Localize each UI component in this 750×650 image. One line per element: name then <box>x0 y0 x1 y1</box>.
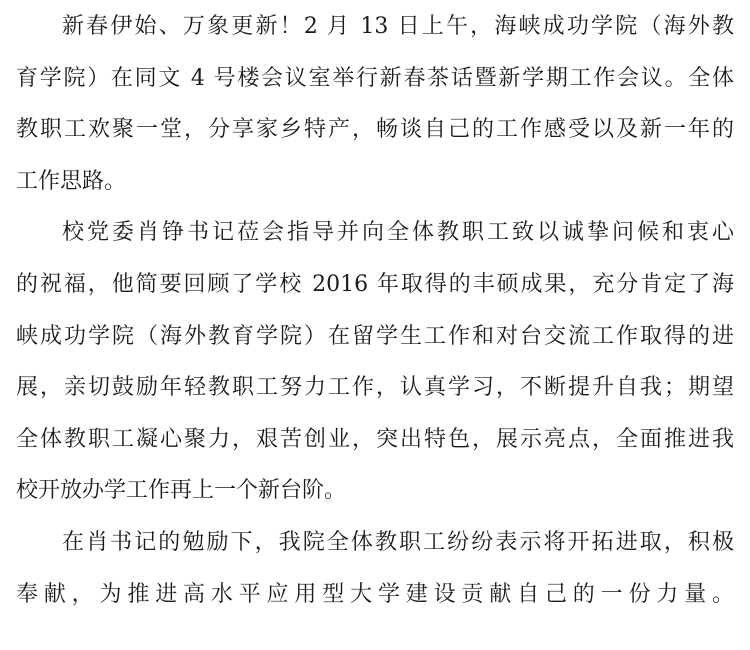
text-line: 教职工欢聚一堂，分享家乡特产，畅谈自己的工作感受以及新一年的 <box>16 107 734 159</box>
text-line: 奉献，为推进高水平应用型大学建设贡献自己的一份力量。 <box>16 572 734 624</box>
paragraph-3: 在肖书记的勉励下，我院全体教职工纷纷表示将开拓进取，积极 奉献，为推进高水平应用… <box>16 520 734 623</box>
text-line: 新春伊始、万象更新！2 月 13 日上午，海峡成功学院（海外教 <box>16 4 734 56</box>
text-line: 峡成功学院（海外教育学院）在留学生工作和对台交流工作取得的进 <box>16 314 734 366</box>
text-line: 校开放办学工作再上一个新台阶。 <box>16 468 734 520</box>
text-line: 的祝福，他简要回顾了学校 2016 年取得的丰硕成果，充分肯定了海 <box>16 262 734 314</box>
document-body: 新春伊始、万象更新！2 月 13 日上午，海峡成功学院（海外教 育学院）在同文 … <box>16 4 734 623</box>
text-line: 在肖书记的勉励下，我院全体教职工纷纷表示将开拓进取，积极 <box>16 520 734 572</box>
text-line: 全体教职工凝心聚力，艰苦创业，突出特色，展示亮点，全面推进我 <box>16 417 734 469</box>
paragraph-1: 新春伊始、万象更新！2 月 13 日上午，海峡成功学院（海外教 育学院）在同文 … <box>16 4 734 210</box>
text-line: 工作思路。 <box>16 159 734 211</box>
text-line: 校党委肖铮书记莅会指导并向全体教职工致以诚挚问候和衷心 <box>16 210 734 262</box>
paragraph-2: 校党委肖铮书记莅会指导并向全体教职工致以诚挚问候和衷心 的祝福，他简要回顾了学校… <box>16 210 734 520</box>
text-line: 展，亲切鼓励年轻教职工努力工作，认真学习，不断提升自我；期望 <box>16 365 734 417</box>
text-line: 育学院）在同文 4 号楼会议室举行新春茶话暨新学期工作会议。全体 <box>16 56 734 108</box>
